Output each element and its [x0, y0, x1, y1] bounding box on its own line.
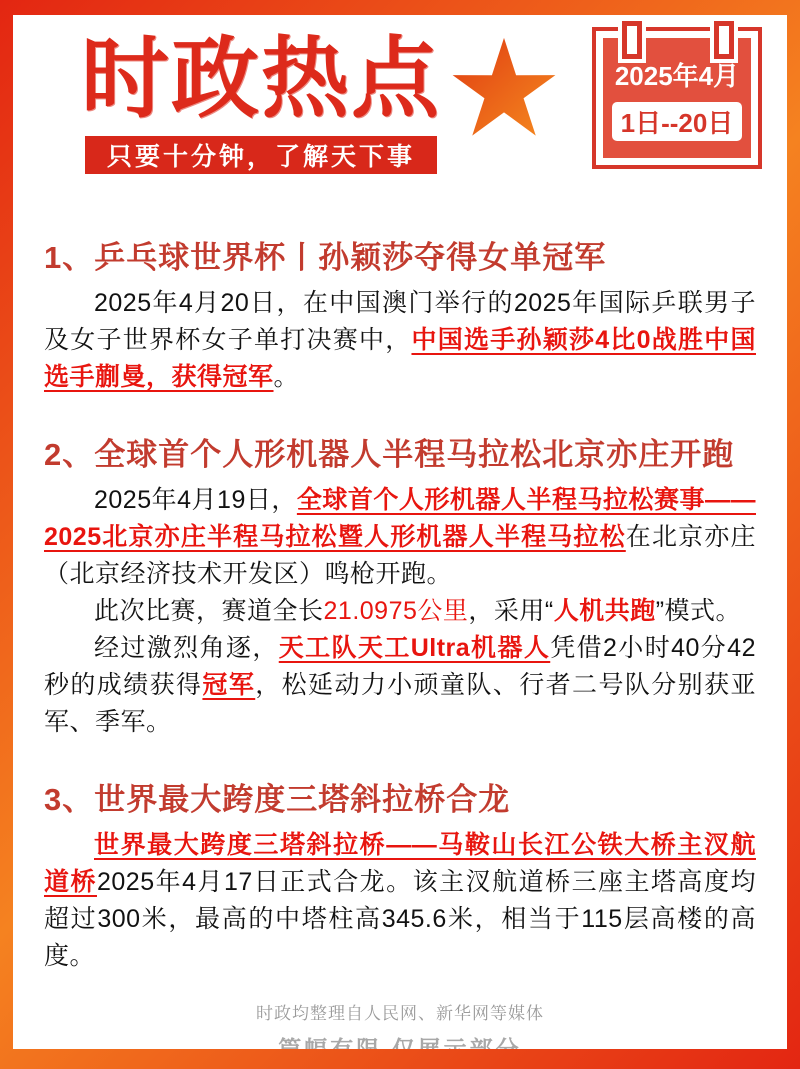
body-text: ”模式。	[656, 597, 741, 625]
section-paragraph: 此次比赛，赛道全长21.0975公里，采用“人机共跑”模式。	[44, 593, 756, 630]
section-heading: 2、全球首个人形机器人半程马拉松北京亦庄开跑	[44, 438, 756, 472]
news-section-3: 3、世界最大跨度三塔斜拉桥合龙世界最大跨度三塔斜拉桥——马鞍山长江公铁大桥主汊航…	[44, 783, 756, 975]
calendar-ring-right-icon	[710, 17, 738, 63]
body-text: 2025年4月17日正式合龙。该主汊航道桥三座主塔高度均超过300米，最高的中塔…	[44, 868, 756, 970]
calendar-icon: 2025年4月 1日--20日	[592, 17, 762, 169]
footer-note: 篇幅有限 仅展示部分	[13, 1031, 787, 1049]
body-text: 2025年4月19日，	[94, 486, 297, 514]
body-text: 。	[274, 363, 300, 391]
highlight-text: 人机共跑	[554, 597, 656, 625]
sections: 1、乒乓球世界杯丨孙颖莎夺得女单冠军2025年4月20日，在中国澳门举行的202…	[13, 241, 787, 975]
poster-title: 时政热点	[81, 27, 441, 131]
section-paragraph: 世界最大跨度三塔斜拉桥——马鞍山长江公铁大桥主汊航道桥2025年4月17日正式合…	[44, 827, 756, 975]
calendar-ring-left-icon	[618, 17, 646, 63]
highlight-text: 冠军	[202, 671, 255, 699]
tagline-text: 只要十分钟，了解天下事	[107, 137, 415, 173]
tagline-banner: 只要十分钟，了解天下事	[85, 136, 437, 174]
news-section-1: 1、乒乓球世界杯丨孙颖莎夺得女单冠军2025年4月20日，在中国澳门举行的202…	[44, 241, 756, 396]
section-paragraph: 经过激烈角逐，天工队天工Ultra机器人凭借2小时40分42秒的成绩获得冠军，松…	[44, 630, 756, 741]
section-heading: 3、世界最大跨度三塔斜拉桥合龙	[44, 783, 756, 817]
body-text: ，采用“	[468, 597, 553, 625]
footer: 时政均整理自人民网、新华网等媒体 篇幅有限 仅展示部分	[13, 999, 787, 1049]
body-text: 经过激烈角逐，	[94, 634, 279, 662]
section-paragraph: 2025年4月19日，全球首个人形机器人半程马拉松赛事——2025北京亦庄半程马…	[44, 482, 756, 593]
section-heading: 1、乒乓球世界杯丨孙颖莎夺得女单冠军	[44, 241, 756, 275]
poster-page: 时政热点 只要十分钟，了解天下事 2025年4月	[13, 15, 787, 1049]
poster-frame: 时政热点 只要十分钟，了解天下事 2025年4月	[0, 0, 800, 1069]
header: 时政热点 只要十分钟，了解天下事 2025年4月	[13, 15, 787, 213]
star-icon	[450, 37, 558, 137]
highlight-text: 21.0975公里	[324, 597, 469, 625]
calendar-date-range: 1日--20日	[612, 102, 743, 141]
footer-source: 时政均整理自人民网、新华网等媒体	[13, 999, 787, 1024]
news-section-2: 2、全球首个人形机器人半程马拉松北京亦庄开跑2025年4月19日，全球首个人形机…	[44, 438, 756, 741]
highlight-text: 天工队天工Ultra机器人	[279, 634, 550, 662]
body-text: 此次比赛，赛道全长	[94, 597, 324, 625]
section-paragraph: 2025年4月20日，在中国澳门举行的2025年国际乒联男子及女子世界杯女子单打…	[44, 285, 756, 396]
